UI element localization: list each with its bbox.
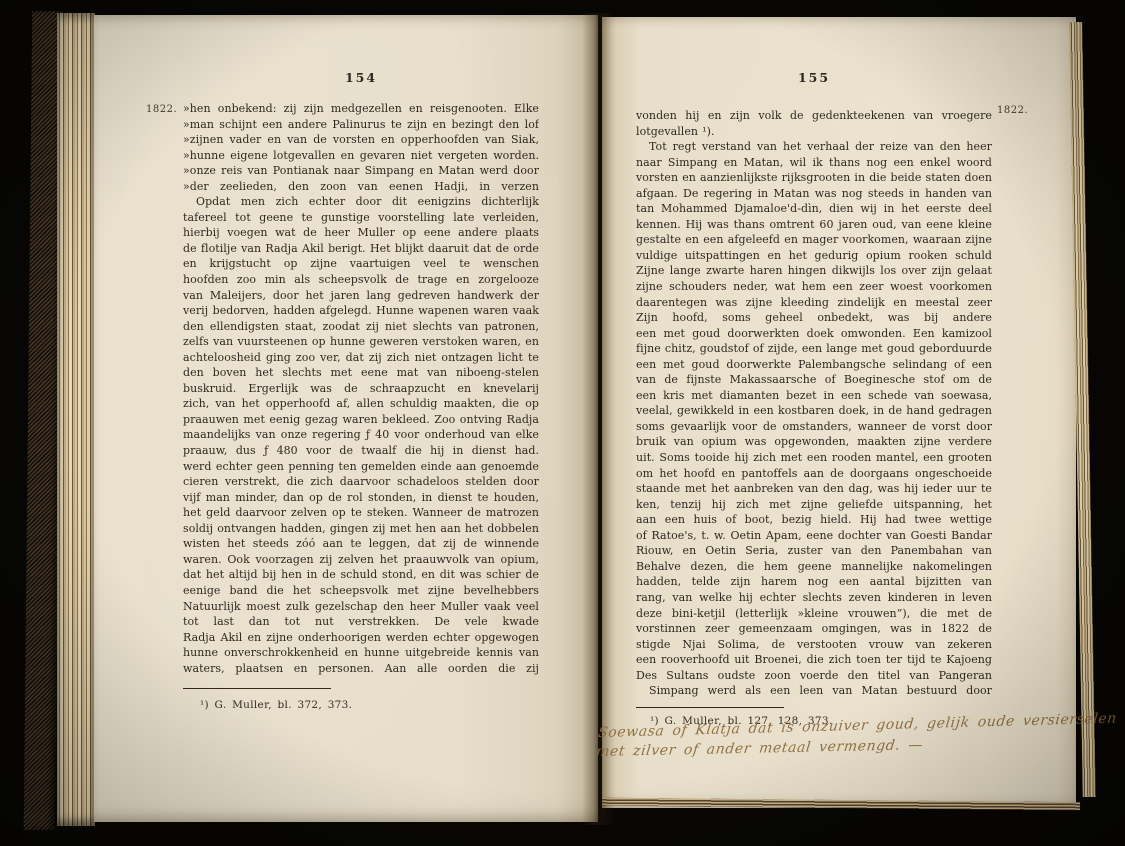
text-line: Opdat men zich echter door dit eenigzins… bbox=[183, 194, 539, 210]
text-line: veelal, gewikkeld in een kostbaren doek,… bbox=[636, 403, 992, 419]
text-line: het geld daarvoor zelven op te steken. W… bbox=[183, 505, 539, 521]
left-footnote: ¹) G. Muller, bl. 372, 373. bbox=[200, 699, 352, 711]
text-line: gestalte en een afgeleefd en mager voork… bbox=[636, 232, 992, 248]
text-line: »hen onbekend: zij zijn medgezellen en r… bbox=[183, 101, 539, 117]
text-line: kennen. Hij was thans omtrent 60 jaren o… bbox=[636, 217, 992, 233]
text-line: Radja Akil en zijne onderhoorigen werden… bbox=[183, 630, 539, 646]
left-page-text-block: »hen onbekend: zij zijn medgezellen en r… bbox=[183, 101, 539, 676]
text-line: van Maleijers, door het jaren lang gedre… bbox=[183, 288, 539, 304]
text-line: afgaan. De regering in Matan was nog ste… bbox=[636, 186, 992, 202]
text-line: zijne schouders neder, wat hem een zeer … bbox=[636, 279, 992, 295]
text-line: vijf man minder, dan op de rol stonden, … bbox=[183, 490, 539, 506]
text-line: eenige band die het scheepsvolk met zijn… bbox=[183, 583, 539, 599]
text-line: »man schijnt een andere Palinurus te zij… bbox=[183, 117, 539, 133]
text-line: Tot regt verstand van het verhaal der re… bbox=[636, 139, 992, 155]
text-line: Natuurlijk moest zulk gezelschap den hee… bbox=[183, 599, 539, 615]
right-footnote-rule bbox=[636, 707, 784, 708]
text-line: den boven het slechts met eene mat van n… bbox=[183, 365, 539, 381]
text-line: werd echter geen penning ten gemelden ei… bbox=[183, 459, 539, 475]
text-line: een met goud doorwerkte Palembangsche se… bbox=[636, 357, 992, 373]
text-line: een rooverhoofd uit Broenei, die zich to… bbox=[636, 652, 992, 668]
text-line: zelfs van vuursteenen op hunne geweren v… bbox=[183, 334, 539, 350]
text-line: zich, van het opperhoofd af, allen schul… bbox=[183, 396, 539, 412]
text-line: Riouw, en Oetin Seria, zuster van den Pa… bbox=[636, 543, 992, 559]
text-line: praauw, dus ƒ 480 voor de twaalf die hij… bbox=[183, 443, 539, 459]
text-line: »onze reis van Pontianak naar Simpang en… bbox=[183, 163, 539, 179]
text-line: lotgevallen ¹). bbox=[636, 124, 992, 140]
text-line: een kris met diamanten bezet in een sche… bbox=[636, 388, 992, 404]
text-line: tot last dan tot nut verstrekken. De vel… bbox=[183, 614, 539, 630]
text-line: maandelijks van onze regering ƒ 40 voor … bbox=[183, 427, 539, 443]
right-page-number: 155 bbox=[636, 70, 992, 85]
text-line: stigde Njai Solima, de verstooten vrouw … bbox=[636, 637, 992, 653]
text-line: hadden, telde zijn harem nog een aantal … bbox=[636, 574, 992, 590]
text-line: dat het altijd bij hen in de schuld ston… bbox=[183, 567, 539, 583]
right-margin-year: 1822. bbox=[997, 105, 1028, 116]
text-line: vorsten en aanzienlijkste rijksgrooten i… bbox=[636, 170, 992, 186]
text-line: vorstinnen zeer gemeenzaam omgingen, was… bbox=[636, 621, 992, 637]
text-line: praauwen met eenig gezag waren bekleed. … bbox=[183, 412, 539, 428]
text-line: hunne onverschrokkenheid en hunne uitgeb… bbox=[183, 645, 539, 661]
text-line: waren. Ook voorzagen zij zelven het praa… bbox=[183, 552, 539, 568]
text-line: Behalve dezen, die hem geene mannelijke … bbox=[636, 559, 992, 575]
text-line: cieren verstrekt, die zich daarvoor scha… bbox=[183, 474, 539, 490]
text-line: Des Sultans oudste zoon voerde den titel… bbox=[636, 668, 992, 684]
text-line: hoofden zoo min als scheepsvolk de trage… bbox=[183, 272, 539, 288]
text-line: naar Simpang en Matan, wil ik thans nog … bbox=[636, 155, 992, 171]
text-line: om het hoofd en pantoffels aan de doorga… bbox=[636, 466, 992, 482]
text-line: tafereel tot geene te gunstige voorstell… bbox=[183, 210, 539, 226]
text-line: vonden hij en zijn volk de gedenkteekene… bbox=[636, 108, 992, 124]
text-line: soms gevaarlijk voor de omstanders, wann… bbox=[636, 419, 992, 435]
text-line: tan Mohammed Djamaloe'd-dìn, dien wij in… bbox=[636, 201, 992, 217]
text-line: staande met het aanbreken van den dag, w… bbox=[636, 481, 992, 497]
text-line: hierbij voegen wat de heer Muller op een… bbox=[183, 225, 539, 241]
text-line: Zijn hoofd, soms geheel onbedekt, was bi… bbox=[636, 310, 992, 326]
text-line: buskruid. Ergerlijk was de schraapzucht … bbox=[183, 381, 539, 397]
text-line: Simpang werd als een leen van Matan best… bbox=[636, 683, 992, 699]
text-line: of Ratoe's, t. w. Oetin Apam, eene docht… bbox=[636, 528, 992, 544]
text-line: fijne chitz, goudstof of zijde, een lang… bbox=[636, 341, 992, 357]
text-line: soldij ontvangen hadden, gingen zij met … bbox=[183, 521, 539, 537]
handwritten-caret-mark: ⁁ bbox=[927, 383, 931, 396]
text-line: verij bedorven, hadden afgelegd. Hunne w… bbox=[183, 303, 539, 319]
text-line: vuldige uitspattingen en het gedurig opi… bbox=[636, 248, 992, 264]
book-scan-photo: { "colors": { "background": "#070604", "… bbox=[0, 0, 1125, 846]
text-line: daarentegen was zijne kleeding zindelijk… bbox=[636, 295, 992, 311]
text-line: ken, tenzij hij zich met zijne geliefde … bbox=[636, 497, 992, 513]
text-line: deze bini-ketjil (letterlijk »kleine vro… bbox=[636, 606, 992, 622]
text-line: den ellendigsten staat, zoodat zij niet … bbox=[183, 319, 539, 335]
text-line: wisten het steeds zóó aan te leggen, dat… bbox=[183, 536, 539, 552]
text-line: waters, plaatsen en personen. Aan alle o… bbox=[183, 661, 539, 677]
text-line: een met goud doorwerkten doek omwonden. … bbox=[636, 326, 992, 342]
text-line: bruik van opium was opgewonden, maakten … bbox=[636, 434, 992, 450]
text-line: »der zeelieden, den zoon van eenen Hadji… bbox=[183, 179, 539, 195]
text-line: de flotilje van Radja Akil berigt. Het b… bbox=[183, 241, 539, 257]
text-line: »hunne eigene lotgevallen en gevaren nie… bbox=[183, 148, 539, 164]
text-line: uit. Soms tooide hij zich met een rooden… bbox=[636, 450, 992, 466]
left-page-edges-stack bbox=[57, 13, 95, 826]
left-margin-year: 1822. bbox=[146, 104, 177, 115]
text-line: achteloosheid ging zoo ver, dat zij zich… bbox=[183, 350, 539, 366]
text-line: en krijgstucht op zijne vaartuigen veel … bbox=[183, 256, 539, 272]
right-page-text-block: vonden hij en zijn volk de gedenkteekene… bbox=[636, 108, 992, 699]
text-line: van de fijnste Makassaarsche of Boegines… bbox=[636, 372, 992, 388]
text-line: »zijnen vader en van de vorsten en opper… bbox=[183, 132, 539, 148]
text-line: Zijne lange zwarte haren hingen dikwijls… bbox=[636, 263, 992, 279]
text-line: rang, van welke hij echter slechts zeven… bbox=[636, 590, 992, 606]
text-line: aan een huis of boot, bezig hield. Hij h… bbox=[636, 512, 992, 528]
left-footnote-rule bbox=[183, 688, 331, 689]
left-page-number: 154 bbox=[183, 70, 539, 85]
